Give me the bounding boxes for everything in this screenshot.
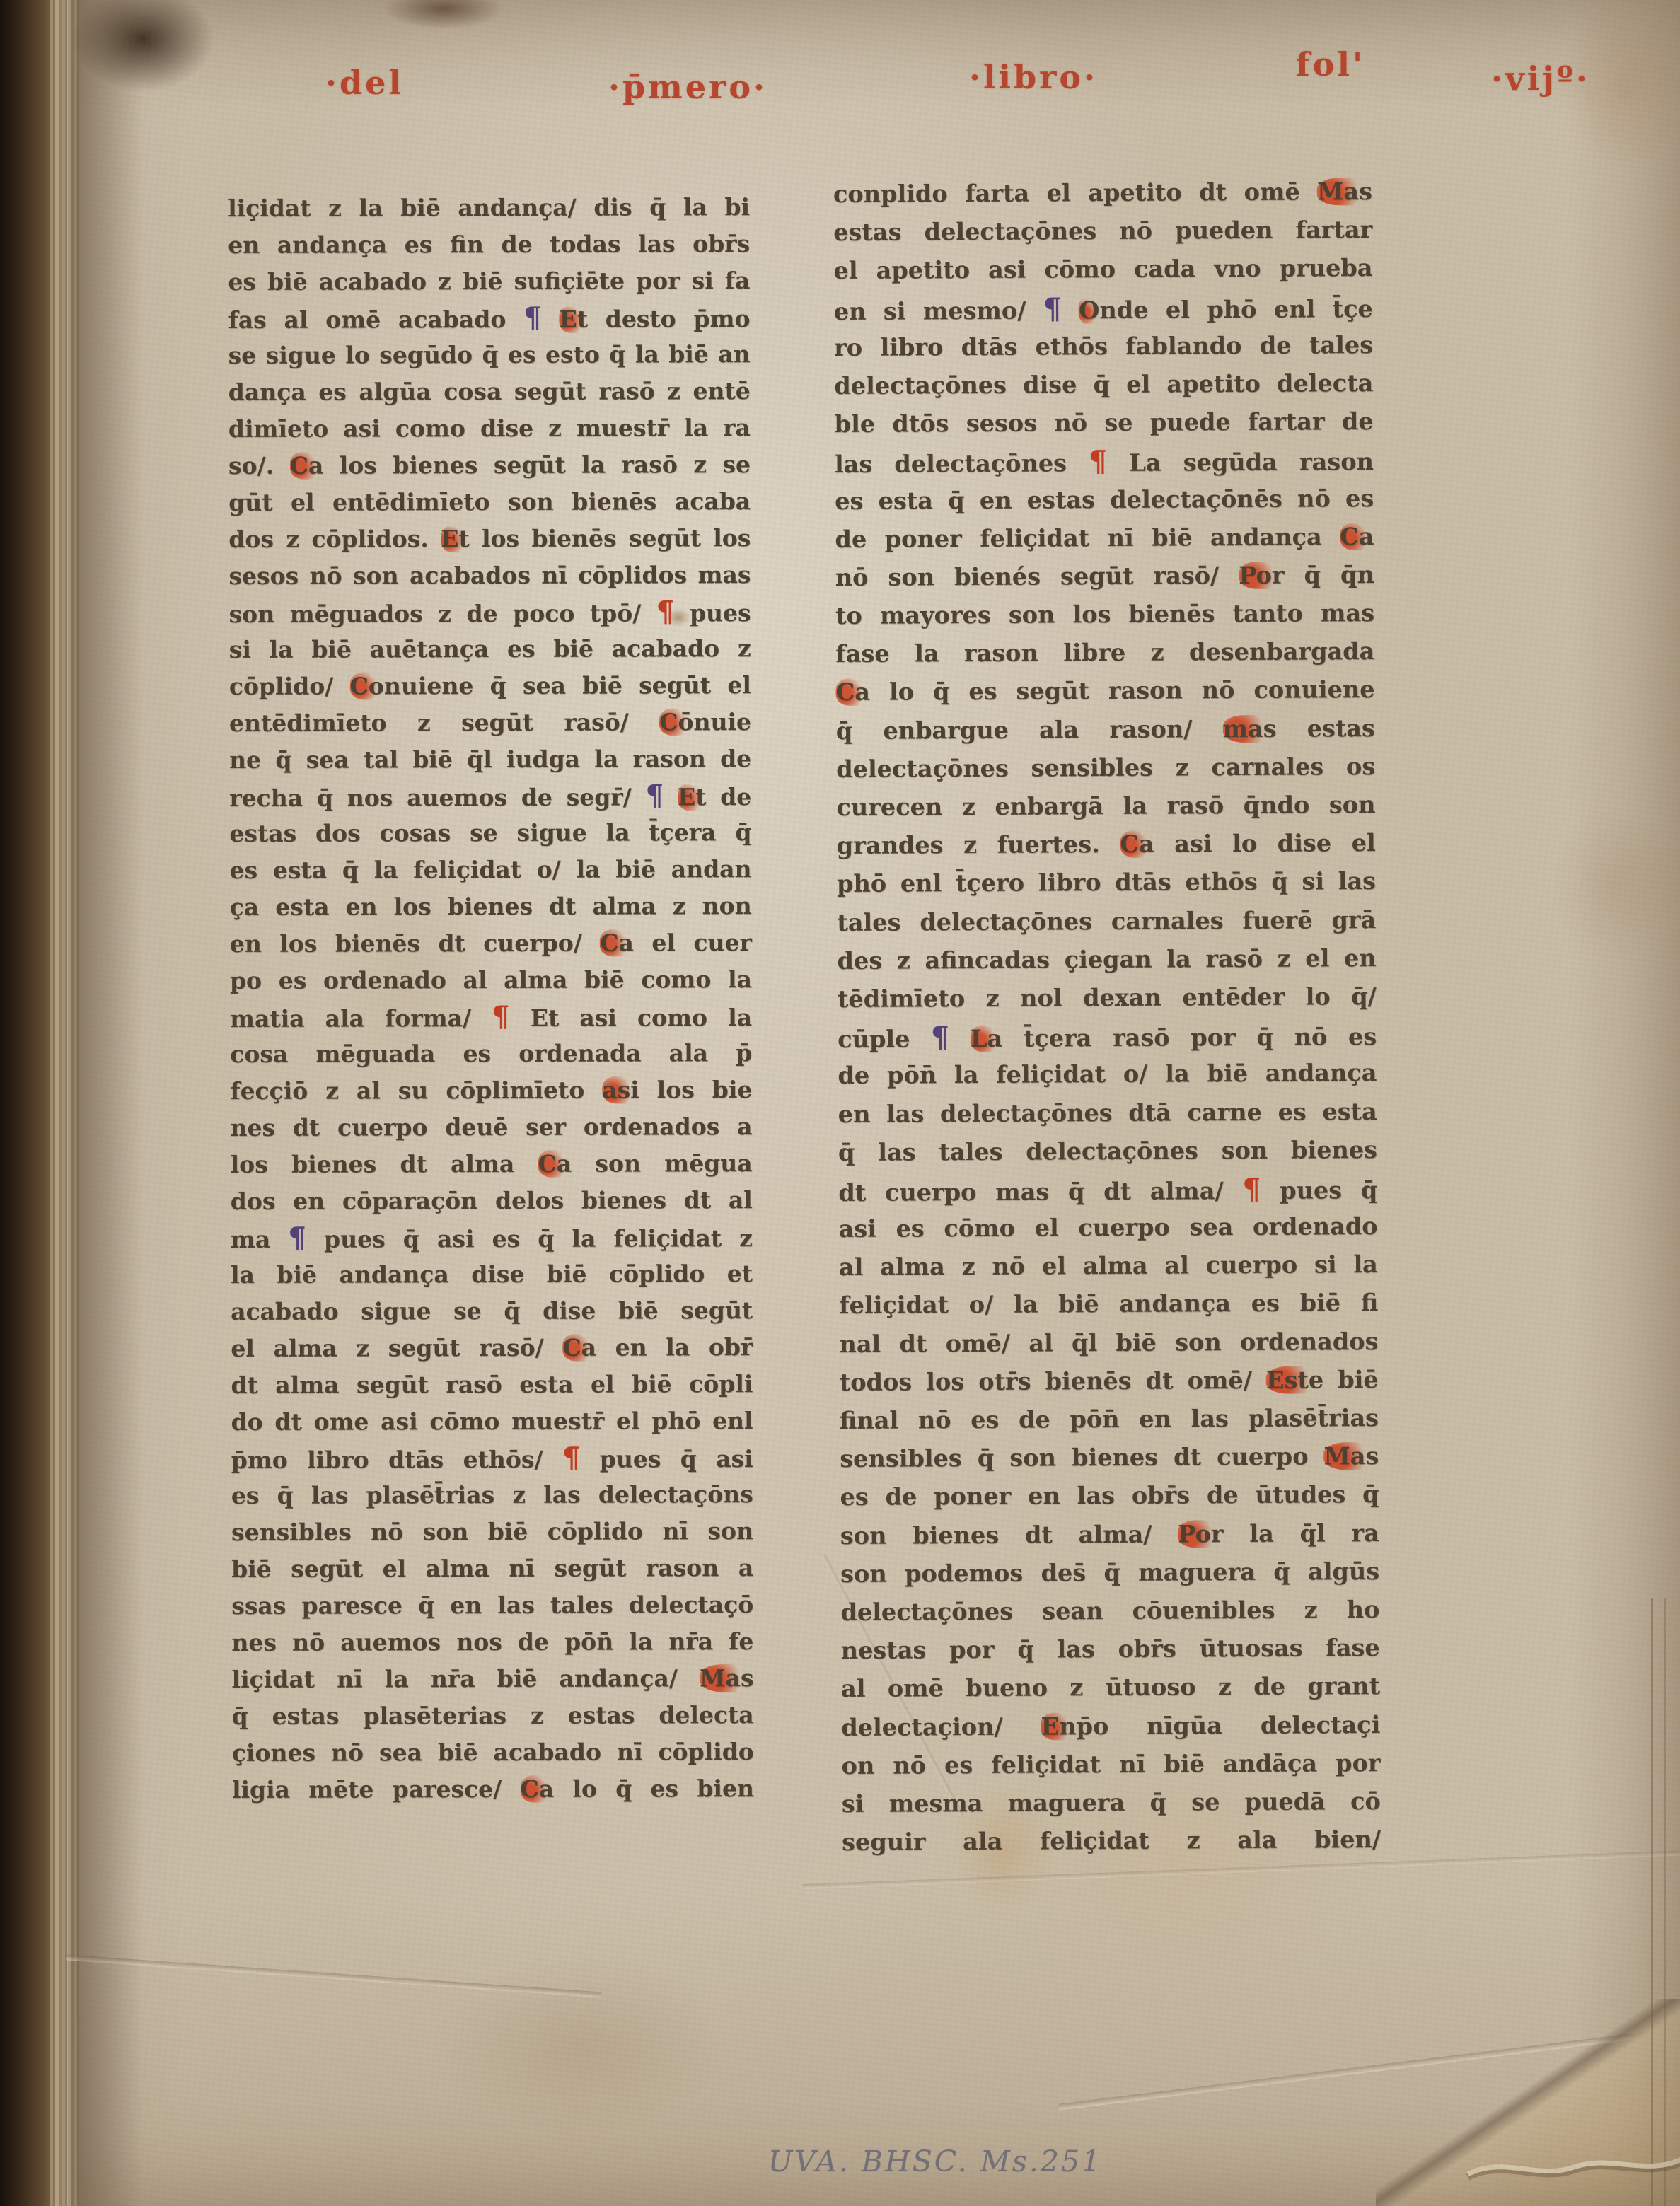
manuscript-line: fecçiō z al su cōplimīeto asi los bie — [230, 1072, 752, 1110]
running-title-del: ·del — [325, 64, 404, 102]
manuscript-line: dos z cōplidos. Et los bienēs segūt los — [228, 520, 751, 558]
manuscript-line: sensibles nō son biē cōplido nī son — [231, 1513, 753, 1551]
manuscript-line: las delectaçōnes ¶ La segūda rason — [835, 441, 1374, 482]
manuscript-line: recha q̄ nos auemos de segr̄/ ¶ Et de — [229, 777, 751, 815]
manuscript-line: ne q̄ sea tal biē q̄l iudga la rason de — [229, 741, 751, 779]
manuscript-line: ble dtōs sesos nō se puede fartar de — [834, 402, 1373, 443]
folio-number: ·vijº· — [1491, 59, 1590, 98]
manuscript-line: la biē andança dise biē cōplido et — [231, 1255, 753, 1294]
paragraph-mark: ¶ — [1242, 1172, 1261, 1206]
paragraph-mark: ¶ — [523, 301, 542, 335]
manuscript-line: so/. Ca los bienes segūt la rasō z se — [228, 446, 751, 484]
paragraph-mark: ¶ — [1043, 291, 1062, 325]
rubricated-capital: Ca — [1120, 830, 1154, 858]
manuscript-line: los bienes dt alma Ca son mēgua — [231, 1145, 753, 1183]
rubricated-capital: Mas — [1323, 1442, 1379, 1470]
rubricated-capital: Ca — [562, 1334, 596, 1362]
manuscript-line: cosa mēguada es ordenada ala p̄ — [230, 1035, 752, 1073]
manuscript-line: nal dt omē/ al q̄l biē son ordenados — [839, 1323, 1378, 1364]
manuscript-line: cōplido/ Conuiene q̄ sea biē segūt el — [229, 667, 751, 705]
rubricated-capital: Cō — [659, 708, 693, 736]
manuscript-line: es de poner en las obr̄s de ūtudes q̄ — [840, 1475, 1379, 1516]
manuscript-line: cūple ¶ La t̄çera rasō por q̄ nō es — [838, 1016, 1377, 1057]
manuscript-line: el apetito asi cōmo cada vno prueba — [833, 249, 1372, 290]
manuscript-line: sesos nō son acabados nī cōplidos mas — [228, 557, 751, 595]
manuscript-line: dt alma segūt rasō esta el biē cōpli — [231, 1366, 753, 1404]
manuscript-line: nes nō auemos nos de pōn̄ la nr̄a fe — [231, 1623, 753, 1661]
parchment-crease — [1058, 2026, 1680, 2111]
manuscript-line: si la biē auētança es biē acabado z — [229, 630, 751, 668]
folio-label: fol' — [1296, 45, 1365, 83]
manuscript-line: de pōn̄ la feliçidat o/ la biē andança — [838, 1054, 1377, 1095]
manuscript-line: es q̄ las plasēt̄rias z las delectaçōns — [231, 1476, 753, 1514]
manuscript-line: son mēguados z de poco tpō/ ¶ pues — [229, 593, 751, 632]
running-title-libro: ·libro· — [969, 58, 1098, 96]
manuscript-line: q̄ las tales delectaçōnes son bienes — [838, 1131, 1377, 1172]
rubricated-capital: mas — [1222, 714, 1276, 742]
manuscript-line: delectaçōnes dise q̄ el apetito delecta — [834, 364, 1373, 405]
rubricated-capital: Por — [1178, 1520, 1224, 1548]
manuscript-line: conplido farta el apetito dt omē Mas — [833, 173, 1372, 214]
manuscript-line: dança es algūa cosa segūt rasō z entē — [228, 373, 751, 411]
manuscript-line: de poner feliçidat nī biē andança Ca — [835, 518, 1374, 559]
manuscript-line: dt cuerpo mas q̄ dt alma/ ¶ pues q̄ — [838, 1169, 1377, 1210]
manuscript-line: liçidat z la biē andança/ dis q̄ la bi — [228, 189, 750, 227]
manuscript-line: al alma z nō el alma al cuerpo si la — [839, 1246, 1378, 1287]
manuscript-line: sensibles q̄ son bienes dt cuerpo Mas — [840, 1437, 1379, 1478]
rubricated-capital: asi — [602, 1076, 639, 1103]
rubricated-capital: Mas — [1317, 178, 1372, 205]
text-column-right: conplido farta el apetito dt omē Masesta… — [833, 173, 1381, 1862]
manuscript-line: on nō es feliçidat nī biē andāça por — [841, 1744, 1380, 1785]
manuscript-line: final nō es de pōn̄ en las plasēt̄rias — [840, 1399, 1379, 1440]
rubricated-capital: Mas — [700, 1664, 754, 1692]
rubricated-capital: Ca — [835, 678, 870, 706]
manuscript-line: nes dt cuerpo deuē ser ordenados a — [230, 1108, 752, 1146]
manuscript-line: liçidat nī la nr̄a biē andança/ Mas — [231, 1660, 753, 1698]
rubricated-capital: Ca — [600, 929, 634, 956]
manuscript-line: en andança es fin de todas las obr̄s — [228, 226, 750, 264]
manuscript-line: son podemos des̄ q̄ maguera q̄ algūs — [840, 1552, 1379, 1593]
rubricated-capital: Ca — [538, 1150, 572, 1178]
manuscript-line: ligia mēte paresce/ Ca lo q̄ es bien — [232, 1770, 754, 1809]
manuscript-line: delectaçion/ Enp̄o nīgūa delectaçi — [841, 1705, 1380, 1746]
rubricated-capital: Este — [1266, 1366, 1323, 1393]
parchment-page: ·del ·p̄mero· ·libro· fol' ·vijº· liçida… — [79, 0, 1680, 2206]
shelfmark-caption: UVA. BHSC. Ms.251 — [758, 2144, 1112, 2178]
manuscript-line: en si mesmo/ ¶ Onde el phō enl t̄çe — [834, 288, 1373, 329]
rubricated-capital: Co — [349, 672, 383, 699]
text-column-left: liçidat z la biē andança/ dis q̄ la bien… — [228, 189, 754, 1809]
manuscript-line: seguir ala feliçidat z ala bien/ — [842, 1821, 1381, 1862]
rubricated-capital: En — [1041, 1712, 1077, 1740]
rubricated-capital: Por — [1239, 562, 1285, 589]
manuscript-line: estas delectaçōnes nō pueden fartar — [833, 211, 1372, 252]
manuscript-line: en los bienēs dt cuerpo/ Ca el cuer — [230, 924, 752, 963]
manuscript-line: nō son bienés segūt rasō/ Por q̄ q̄n — [835, 556, 1374, 597]
paragraph-mark: ¶ — [656, 595, 675, 628]
manuscript-line: al omē bueno z ūtuoso z de grant — [841, 1667, 1380, 1708]
manuscript-line: dos en cōparaçōn delos bienes dt al — [231, 1182, 753, 1220]
rubricated-capital: Ca — [1340, 523, 1374, 550]
paragraph-mark: ¶ — [562, 1441, 581, 1475]
stain — [433, 1952, 730, 2136]
manuscript-line: ma ¶ pues q̄ asi es q̄ la feliçidat z — [231, 1219, 753, 1257]
paragraph-mark: ¶ — [288, 1221, 306, 1255]
manuscript-line: ça esta en los bienes dt alma z non — [230, 888, 752, 926]
manuscript-line: p̄mo libro dtās ethōs/ ¶ pues q̄ asi — [231, 1439, 753, 1478]
manuscript-line: curecen z enbargā la rasō q̄ndo son — [836, 786, 1375, 827]
stain — [1551, 806, 1678, 962]
sewing-thread — [1462, 2130, 1680, 2201]
rubricated-capital: Et — [441, 525, 470, 552]
manuscript-line: en las delectaçōnes dtā carne es esta — [838, 1093, 1377, 1134]
manuscript-line: biē segūt el alma nī segūt rason a — [231, 1550, 753, 1588]
manuscript-line: es esta q̄ en estas delectaçōnēs nō es — [835, 480, 1374, 521]
stain — [72, 0, 214, 92]
rubricated-capital: Ca — [290, 452, 324, 480]
manuscript-line: çiones nō sea biē acabado nī cōplido — [232, 1734, 754, 1772]
paragraph-mark: ¶ — [492, 1000, 510, 1033]
manuscript-line: es esta q̄ la feliçidat o/ la biē andan — [229, 851, 751, 889]
rubricated-capital: Ca — [520, 1775, 554, 1803]
manuscript-line: entēdimīeto z segūt rasō/ Cōnuie — [229, 704, 751, 742]
manuscript-line: son bienes dt alma/ Por la q̄l ra — [840, 1514, 1379, 1555]
corner-fold — [1376, 1999, 1680, 2206]
rubricated-capital: O — [1079, 296, 1099, 324]
manuscript-line: q̄ estas plasēterias z estas delecta — [232, 1697, 754, 1735]
manuscript-line: q̄ enbargue ala rason/ mas estas — [836, 709, 1375, 750]
running-title-primero: ·p̄mero· — [608, 68, 767, 106]
manuscript-line: nestas por q̄ las obr̄s ūtuosas fase — [841, 1629, 1380, 1670]
manuscript-line: grandes z fuertes. Ca asi lo dise el — [837, 824, 1376, 865]
manuscript-line: ssas paresce q̄ en las tales delectaçō — [231, 1586, 753, 1625]
manuscript-line: matia ala forma/ ¶ Et asi como la — [230, 998, 752, 1036]
manuscript-line: si mesma maguera q̄ se puedā cō — [842, 1782, 1381, 1823]
parchment-crease — [66, 1955, 603, 1998]
manuscript-line: el alma z segūt rasō/ Ca en la obr̄ — [231, 1329, 753, 1367]
manuscript-line: des z afincadas çiegan la rasō z el en — [837, 939, 1376, 980]
manuscript-line: delectaçōnes sensibles z carnales os — [836, 748, 1375, 789]
manuscript-line: delectaçōnes sean cōuenibles z ho — [840, 1591, 1379, 1632]
manuscript-line: todos los otr̄s bienēs dt omē/ Este biē — [840, 1361, 1379, 1402]
rubricated-capital: Et — [559, 306, 588, 333]
manuscript-line: estas dos cosas se sigue la t̄çera q̄ — [229, 814, 751, 852]
manuscript-photo: ·del ·p̄mero· ·libro· fol' ·vijº· liçida… — [0, 0, 1680, 2206]
manuscript-line: Ca lo q̄ es segūt rason nō conuiene — [835, 670, 1374, 712]
stain — [383, 0, 504, 30]
page-edge-lines — [1651, 1598, 1666, 2206]
paragraph-mark: ¶ — [646, 779, 664, 812]
manuscript-line: gūt el entēdimīeto son bienēs acaba — [228, 483, 751, 521]
manuscript-line: to mayores son los bienēs tanto mas — [835, 594, 1374, 635]
manuscript-line: do dt ome asi cōmo muestr̄ el phō enl — [231, 1403, 753, 1441]
manuscript-line: ro libro dtās ethōs fablando de tales — [834, 326, 1373, 367]
manuscript-line: fase la rason libre z desenbargada — [835, 632, 1374, 673]
manuscript-line: tēdimīeto z nol dexan entēder lo q̄/ — [838, 977, 1377, 1018]
manuscript-line: es biē acabado z biē sufiçiēte por si fa — [228, 262, 750, 301]
rubricated-capital: La — [971, 1025, 1002, 1052]
manuscript-line: feliçidat o/ la biē andança es biē fi — [839, 1284, 1378, 1325]
manuscript-line: po es ordenado al alma biē como la — [230, 961, 752, 999]
manuscript-line: tales delectaçōnes carnales fuerē grā — [837, 901, 1376, 942]
paragraph-mark: ¶ — [1089, 444, 1107, 478]
rubricated-capital: Et — [678, 783, 707, 811]
manuscript-line: asi es cōmo el cuerpo sea ordenado — [838, 1207, 1377, 1248]
manuscript-line: fas al omē acabado ¶ Et desto p̄mo — [228, 299, 750, 337]
manuscript-line: phō enl t̄çero libro dtās ethōs q̄ si la… — [837, 862, 1376, 903]
manuscript-line: dimīeto asi como dise z muestr̄ la ra — [228, 410, 751, 448]
manuscript-line: se sigue lo segūdo q̄ es esto q̄ la biē … — [228, 336, 751, 374]
manuscript-line: acabado sigue se q̄ dise biē segūt — [231, 1292, 753, 1330]
paragraph-mark: ¶ — [931, 1020, 949, 1054]
